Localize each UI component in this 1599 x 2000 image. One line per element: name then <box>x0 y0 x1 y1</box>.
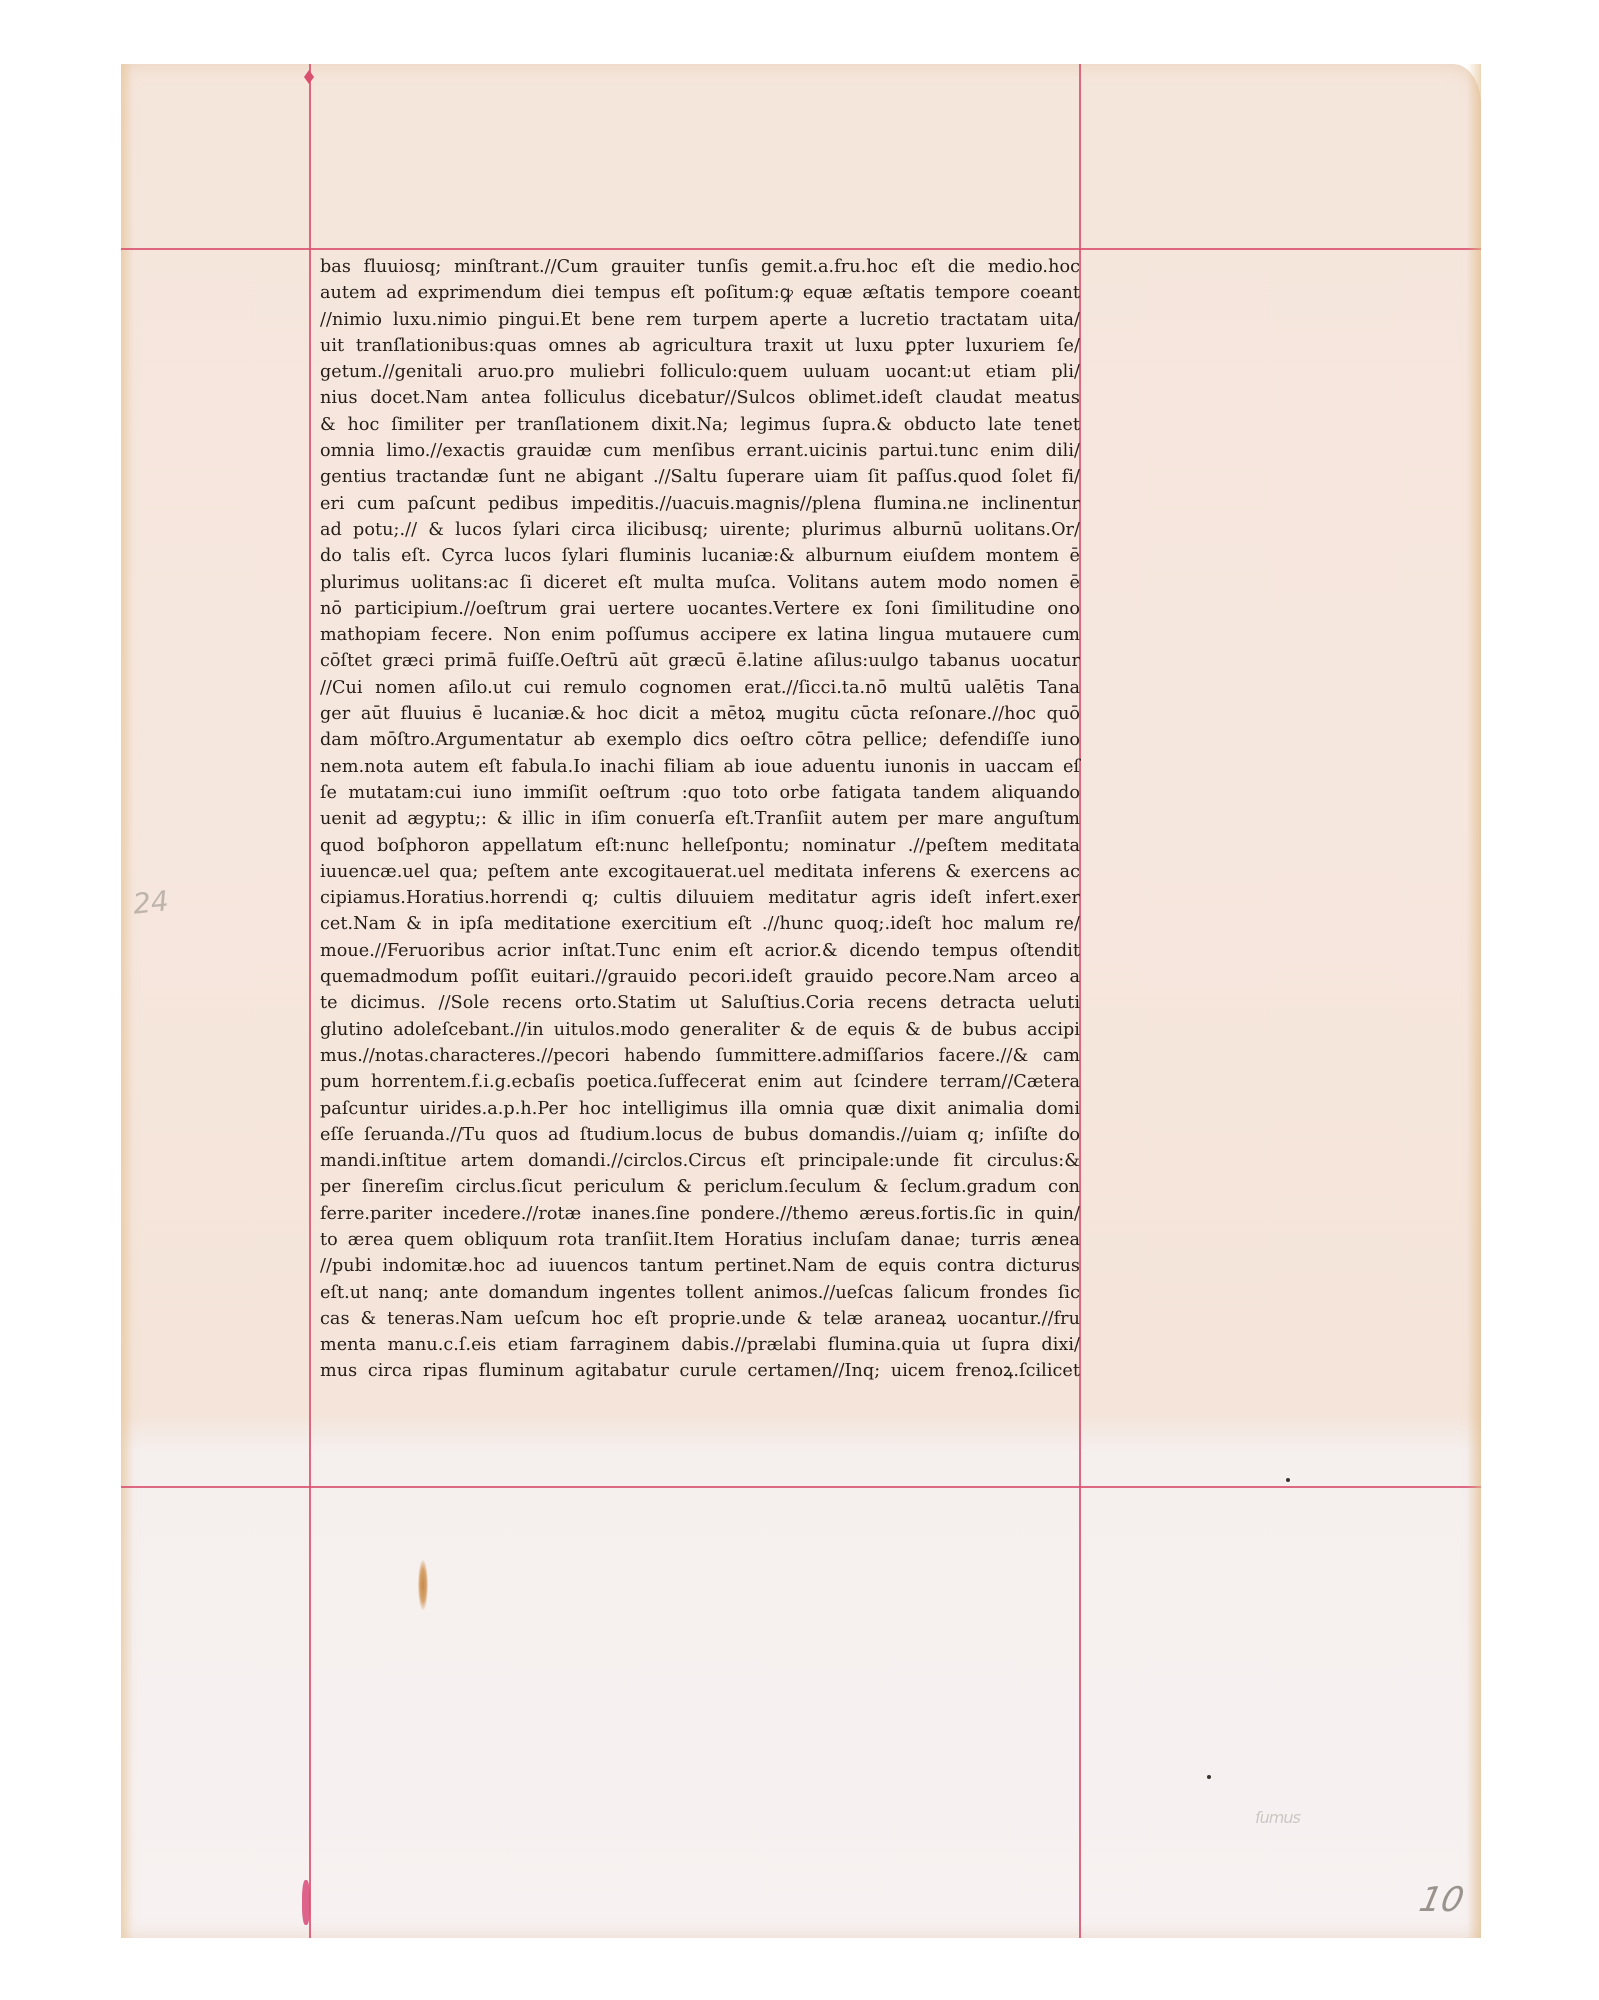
pencil-page-number: 10 <box>1416 1880 1468 1920</box>
commentary-text-block: bas fluuiosq; minſtrant.//Cum grauiter t… <box>320 254 1080 1385</box>
text-line: pum horrentem.f.i.g.ecbaſis poetica.ſuff… <box>320 1069 1080 1095</box>
text-line: eri cum paſcunt pedibus impeditis.//uacu… <box>320 491 1080 517</box>
text-line: nius docet.Nam antea folliculus dicebatu… <box>320 385 1080 411</box>
text-line: mathopiam fecere. Non enim poſſumus acci… <box>320 622 1080 648</box>
text-line: to ærea quem obliquum rota tranſiit.Item… <box>320 1227 1080 1253</box>
speck-mark <box>1207 1775 1211 1779</box>
text-line: getum.//genitali aruo.pro muliebri folli… <box>320 359 1080 385</box>
text-line: ger aūt fluuius ē lucaniæ.& hoc dicit a … <box>320 701 1080 727</box>
text-line: omnia limo.//exactis grauidæ cum menſibu… <box>320 438 1080 464</box>
text-line: uenit ad ægyptu;: & illic in iſim conuer… <box>320 806 1080 832</box>
pencil-folio-number: 24 <box>131 884 170 921</box>
text-line: quemadmodum poſſit euitari.//grauido pec… <box>320 964 1080 990</box>
text-line: do talis eſt. Cyrca lucos ſylari flumini… <box>320 543 1080 569</box>
text-line: plurimus uolitans:ac ſi diceret eſt mult… <box>320 570 1080 596</box>
text-line: nem.nota autem eſt fabula.Io inachi fili… <box>320 754 1080 780</box>
foxing-stain <box>418 1560 428 1610</box>
text-line: cas & teneras.Nam ueſcum hoc eſt proprie… <box>320 1306 1080 1332</box>
text-line: uit tranſlationibus:quas omnes ab agricu… <box>320 333 1080 359</box>
text-line: glutino adoleſcebant.//in uitulos.modo g… <box>320 1017 1080 1043</box>
text-line: cipiamus.Horatius.horrendi q; cultis dil… <box>320 885 1080 911</box>
text-line: quod boſphoron appellatum eſt:nunc helle… <box>320 833 1080 859</box>
top-ruling-line <box>121 248 1481 250</box>
text-line: ad potu;.// & lucos ſylari circa ilicibu… <box>320 517 1080 543</box>
bottom-ruling-line <box>121 1486 1481 1488</box>
left-ruling-line <box>309 64 311 1938</box>
text-line: //pubi indomitæ.hoc ad iuuencos tantum p… <box>320 1253 1080 1279</box>
text-line: //Cui nomen aſilo.ut cui remulo cognomen… <box>320 675 1080 701</box>
text-line: mus.//notas.characteres.//pecori habendo… <box>320 1043 1080 1069</box>
text-line: cet.Nam & in ipſa meditatione exercitium… <box>320 911 1080 937</box>
text-line: gentius tractandæ ſunt ne abigant .//Sal… <box>320 464 1080 490</box>
pencil-scribble: ſumus <box>1255 1808 1300 1827</box>
text-line: moue.//Feruoribus acrior inſtat.Tunc eni… <box>320 938 1080 964</box>
speck-mark <box>1286 1478 1290 1482</box>
text-line: //nimio luxu.nimio pingui.Et bene rem tu… <box>320 307 1080 333</box>
text-line: bas fluuiosq; minſtrant.//Cum grauiter t… <box>320 254 1080 280</box>
red-ink-blot <box>302 1880 310 1925</box>
text-line: te dicimus. //Sole recens orto.Statim ut… <box>320 990 1080 1016</box>
text-line: dam mōſtro.Argumentatur ab exemplo dics … <box>320 727 1080 753</box>
text-line: paſcuntur uirides.a.p.h.Per hoc intellig… <box>320 1096 1080 1122</box>
text-line: eſt.ut nanq; ante domandum ingentes toll… <box>320 1280 1080 1306</box>
text-line: per ſinereſim circlus.ſicut periculum & … <box>320 1174 1080 1200</box>
text-line: nō participium.//oeſtrum grai uertere uo… <box>320 596 1080 622</box>
text-line: autem ad exprimendum diei tempus eſt poſ… <box>320 280 1080 306</box>
text-line: iuuencæ.uel qua; peſtem ante excogitauer… <box>320 859 1080 885</box>
text-line: & hoc ſimiliter per tranſlationem dixit.… <box>320 412 1080 438</box>
text-line: ſe mutatam:cui iuno immiſit oeſtrum :quo… <box>320 780 1080 806</box>
text-line: eſſe ſeruanda.//Tu quos ad ſtudium.locus… <box>320 1122 1080 1148</box>
text-line: ferre.pariter incedere.//rotæ inanes.ſin… <box>320 1201 1080 1227</box>
text-line: cōſtet græci primā fuiſſe.Oeſtrū aūt græ… <box>320 648 1080 674</box>
text-line: menta manu.c.ſ.eis etiam farraginem dabi… <box>320 1332 1080 1358</box>
text-line: mus circa ripas fluminum agitabatur curu… <box>320 1358 1080 1384</box>
text-line: mandi.inſtitue artem domandi.//circlos.C… <box>320 1148 1080 1174</box>
